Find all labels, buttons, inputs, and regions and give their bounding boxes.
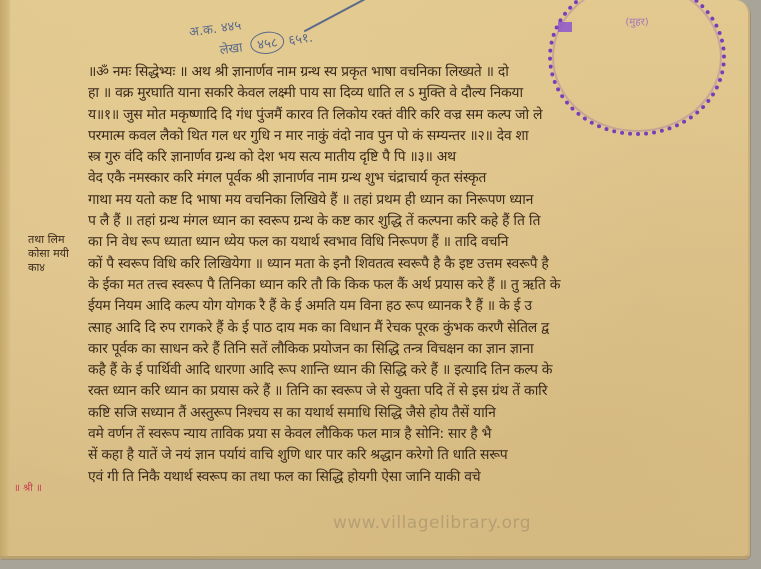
text-line: सें कहा है यातें जे नयं ज्ञान पर्यायं वा… [88,445,668,466]
text-line: कहै हैं के ई पार्थिवी आदि धारणा आदि रूप … [88,360,668,381]
watermark: www.villagelibrary.org [333,513,531,533]
accession-annotation: अ.क. ४४५ लेखा ४५८ ६५१. [188,6,314,65]
text-line: रक्त ध्यान करि ध्यान का प्रयास करे हैं ॥… [88,381,668,402]
text-line: एवं गी ति निकै यथार्थ स्वरूप का तथा फल क… [88,467,668,488]
text-line: हा ॥ वक्र मुरघाति याना सकरि केवल लक्ष्मी… [88,83,668,104]
text-line: ईयम नियम आदि कल्प योग योगक रै हैं के ई अ… [88,296,668,317]
text-line: गाथा मय यतो कष्ट दि भाषा मय वचनिका लिखिय… [88,190,668,211]
text-line: का नि वेध रूप ध्याता ध्यान ध्येय फल का य… [88,232,668,253]
pencil-strike-line [304,0,367,32]
text-line: स्त्र गुरु वंदि करि ज्ञानार्णव ग्रन्थ को… [88,147,668,168]
circled-number: ४५८ [249,30,286,57]
text-line: कष्टि सजि सध्यान तैं अस्तुरूप निश्चय स क… [88,403,668,424]
text-line: कार पूर्वक का साधन करे हैं तिनि सतें लौक… [88,339,668,360]
text-line: वेद एकै नमस्कार करि मंगल पूर्वक श्री ज्ञ… [88,168,668,189]
manuscript-text: ॥ॐ नमः सिद्धेभ्यः ॥ अथ श्री ज्ञानार्णव न… [88,62,668,488]
text-line: परमात्म कवल लैको थित गल धर गुधि न मार ना… [88,126,668,147]
side-number: ६५१. [288,30,314,48]
margin-note-line: तथा लिम [28,233,69,247]
text-line: कों पै स्वरूप विधि करि लिखियेगा ॥ ध्यान … [88,254,668,275]
text-line: य॥१॥ जुस मोत मकृष्णादि दि गंध पुंजमैं का… [88,105,668,126]
page-left-edge [0,0,10,556]
accession-line-2-label: लेखा [219,40,244,58]
margin-note-line: का४ [28,261,69,275]
red-ink-mark: ॥ श्री ॥ [14,480,52,492]
stamp-ink-mark [558,22,572,32]
text-line: त्साह आदि दि रुप रागकरे हैं के ई पाठ दाय… [88,318,668,339]
text-line: के ईका मत तत्त्व स्वरूप पै तिनिका ध्यान … [88,275,668,296]
text-line: ॥ॐ नमः सिद्धेभ्यः ॥ अथ श्री ज्ञानार्णव न… [88,62,668,83]
margin-note-line: कोसा मयी [28,247,69,261]
stamp-text: (मुहर) [582,16,692,29]
margin-note: तथा लिम कोसा मयी का४ [28,233,69,275]
text-line: वमे वर्णन तें स्वरूप न्याय ताविक प्रया स… [88,424,668,445]
manuscript-page: अ.क. ४४५ लेखा ४५८ ६५१. (मुहर) ॥ॐ नमः सिद… [0,0,750,559]
text-line: प लै हैं ॥ तहां ग्रन्थ मंगल ध्यान का स्व… [88,211,668,232]
